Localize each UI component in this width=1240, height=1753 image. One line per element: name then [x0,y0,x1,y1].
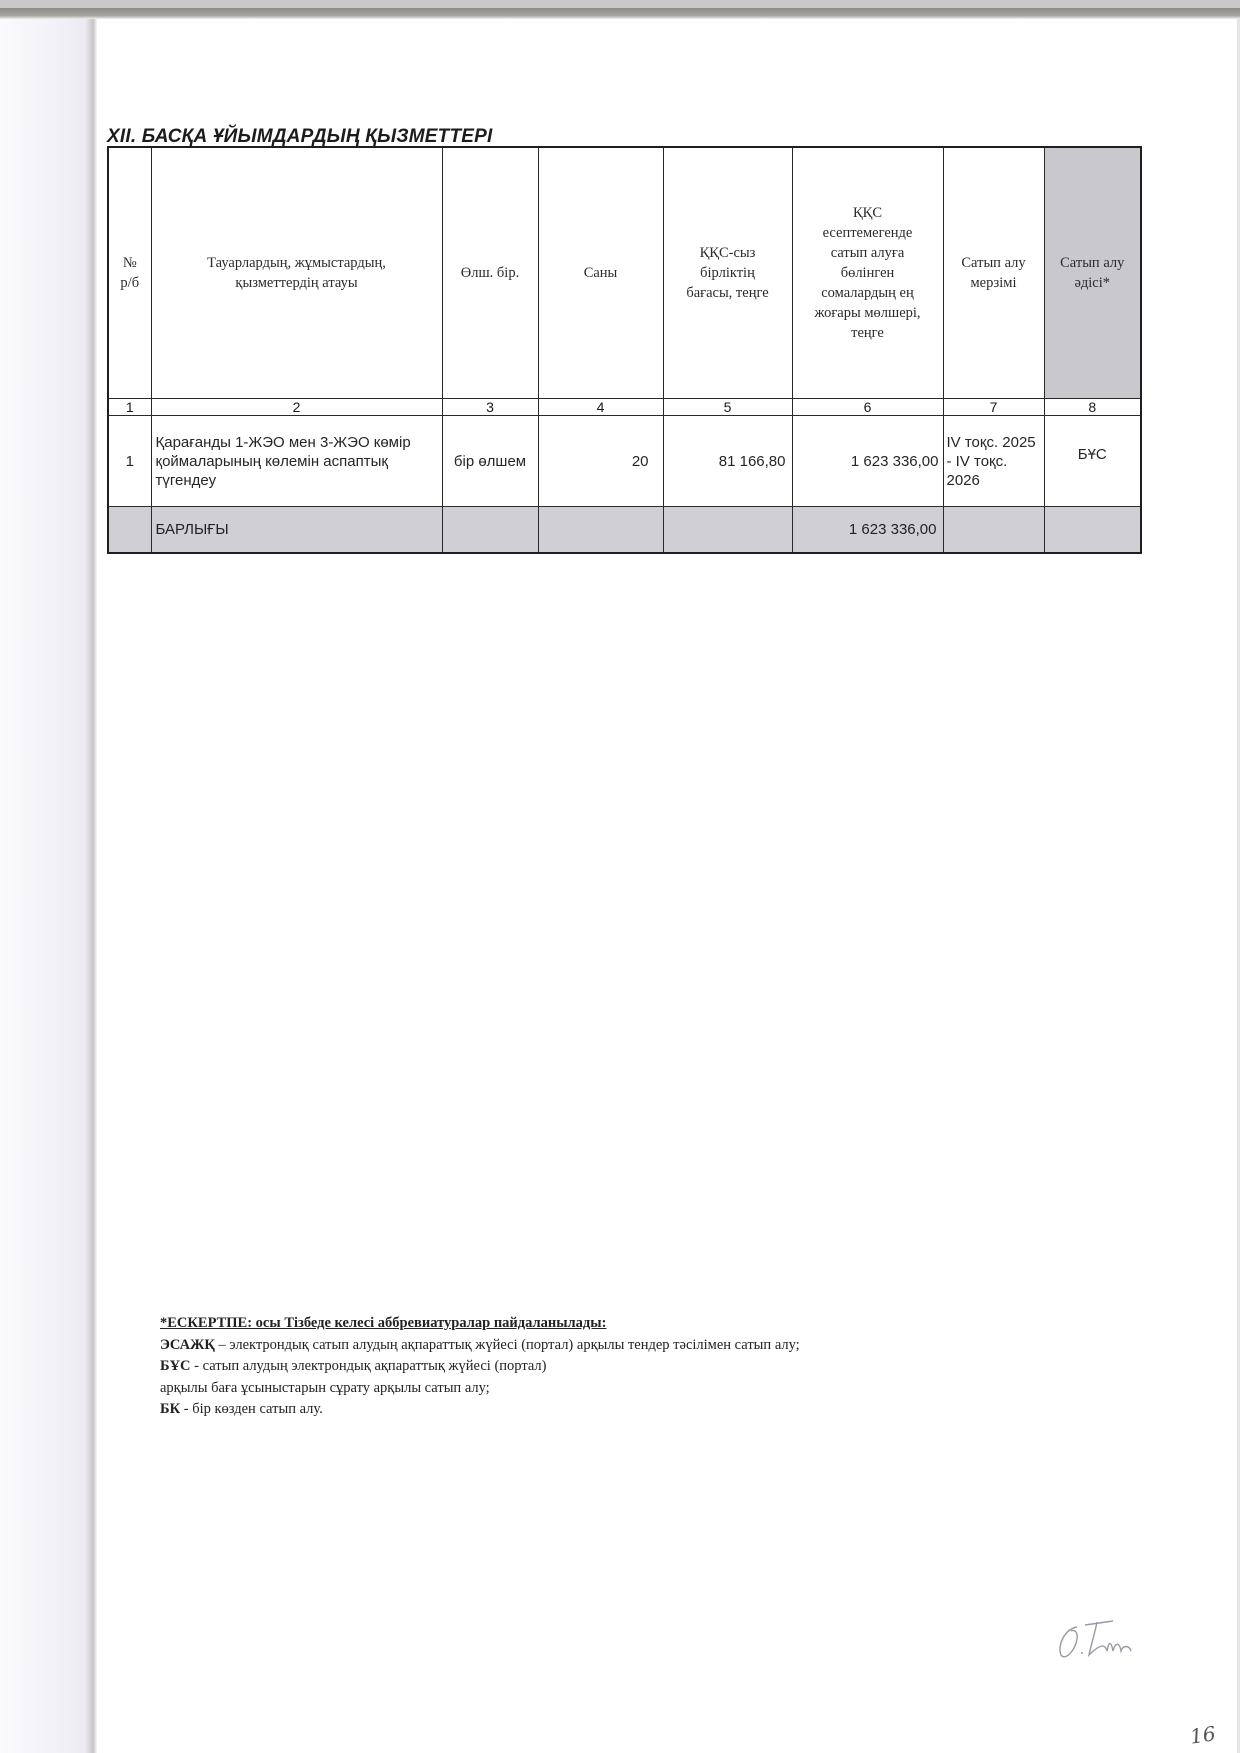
total-label: БАРЛЫҒЫ [151,507,442,554]
table-row: 1 Қарағанды 1-ЖЭО мен 3-ЖЭО көмір қоймал… [108,416,1141,507]
footnote-item: арқылы баға ұсыныстарын сұрату арқылы са… [160,1378,980,1400]
footnote-item: БК - бір көзден сатып алу. [160,1399,980,1421]
header-max-amount: ҚҚС есептемегенде сатып алуға бөлінген с… [792,147,943,399]
footnote-item: ЭСАЖҚ – электрондық сатып алудың ақпарат… [160,1335,980,1357]
abbr-sep: - [191,1358,203,1374]
header-no: № р/б [108,147,151,399]
abbr-definition: сатып алудың электрондық ақпараттық жүйе… [203,1358,547,1374]
total-amount: 1 623 336,00 [792,507,943,554]
abbr-term: ЭСАЖҚ [160,1337,215,1353]
footnote-heading: *ЕСКЕРТПЕ: осы Тізбеде келесі аббревиату… [160,1313,980,1335]
column-number: 5 [663,399,792,416]
header-row: № р/б Тауарлардың, жұмыстардың, қызметте… [108,147,1141,399]
cell-method: БҰС [1044,416,1141,507]
header-name: Тауарлардың, жұмыстардың, қызметтердің а… [151,147,442,399]
cell-quantity: 20 [538,416,663,507]
column-number: 7 [943,399,1044,416]
column-number-row: 1 2 3 4 5 6 7 8 [108,399,1141,416]
column-number: 1 [108,399,151,416]
abbr-term: БК [160,1401,180,1417]
column-number: 8 [1044,399,1141,416]
cell-unit: бір өлшем [442,416,538,507]
column-number: 6 [792,399,943,416]
cell-max-amount: 1 623 336,00 [792,416,943,507]
total-row: БАРЛЫҒЫ 1 623 336,00 [108,507,1141,554]
abbr-sep: – [215,1337,230,1353]
total-cell-empty [108,507,151,554]
column-number: 3 [442,399,538,416]
total-cell-empty [538,507,663,554]
scan-shadow-top [0,8,1240,19]
header-unit: Өлш. бір. [442,147,538,399]
handwritten-signature [1055,1615,1165,1665]
abbr-definition: арқылы баға ұсыныстарын сұрату арқылы са… [160,1380,490,1396]
cell-name: Қарағанды 1-ЖЭО мен 3-ЖЭО көмір қоймалар… [151,416,442,507]
cell-period: IV тоқс. 2025 - IV тоқс. 2026 [943,416,1044,507]
procurement-table: № р/б Тауарлардың, жұмыстардың, қызметте… [107,146,1142,554]
footnote-item: БҰС - сатып алудың электрондық ақпаратты… [160,1356,980,1378]
total-cell-empty [663,507,792,554]
total-cell-empty [1044,507,1141,554]
cell-unit-price: 81 166,80 [663,416,792,507]
column-number: 2 [151,399,442,416]
column-number: 4 [538,399,663,416]
section-title: XII. БАСҚА ҰЙЫМДАРДЫҢ ҚЫЗМЕТТЕРІ [107,126,493,148]
scan-edge-top [0,0,1240,8]
total-cell-empty [943,507,1044,554]
header-quantity: Саны [538,147,663,399]
total-cell-empty [442,507,538,554]
abbr-definition: бір көзден сатып алу. [192,1401,323,1417]
header-period: Сатып алу мерзімі [943,147,1044,399]
page-number: 16 [1188,1721,1217,1748]
abbr-sep: - [180,1401,192,1417]
cell-no: 1 [108,416,151,507]
header-method: Сатып алу әдісі* [1044,147,1141,399]
scan-margin-left [0,19,97,1753]
header-unit-price: ҚҚС-сыз бірліктің бағасы, теңге [663,147,792,399]
abbr-definition: электрондық сатып алудың ақпараттық жүйе… [229,1337,799,1353]
abbr-term: БҰС [160,1358,191,1374]
footnote: *ЕСКЕРТПЕ: осы Тізбеде келесі аббревиату… [160,1313,980,1421]
